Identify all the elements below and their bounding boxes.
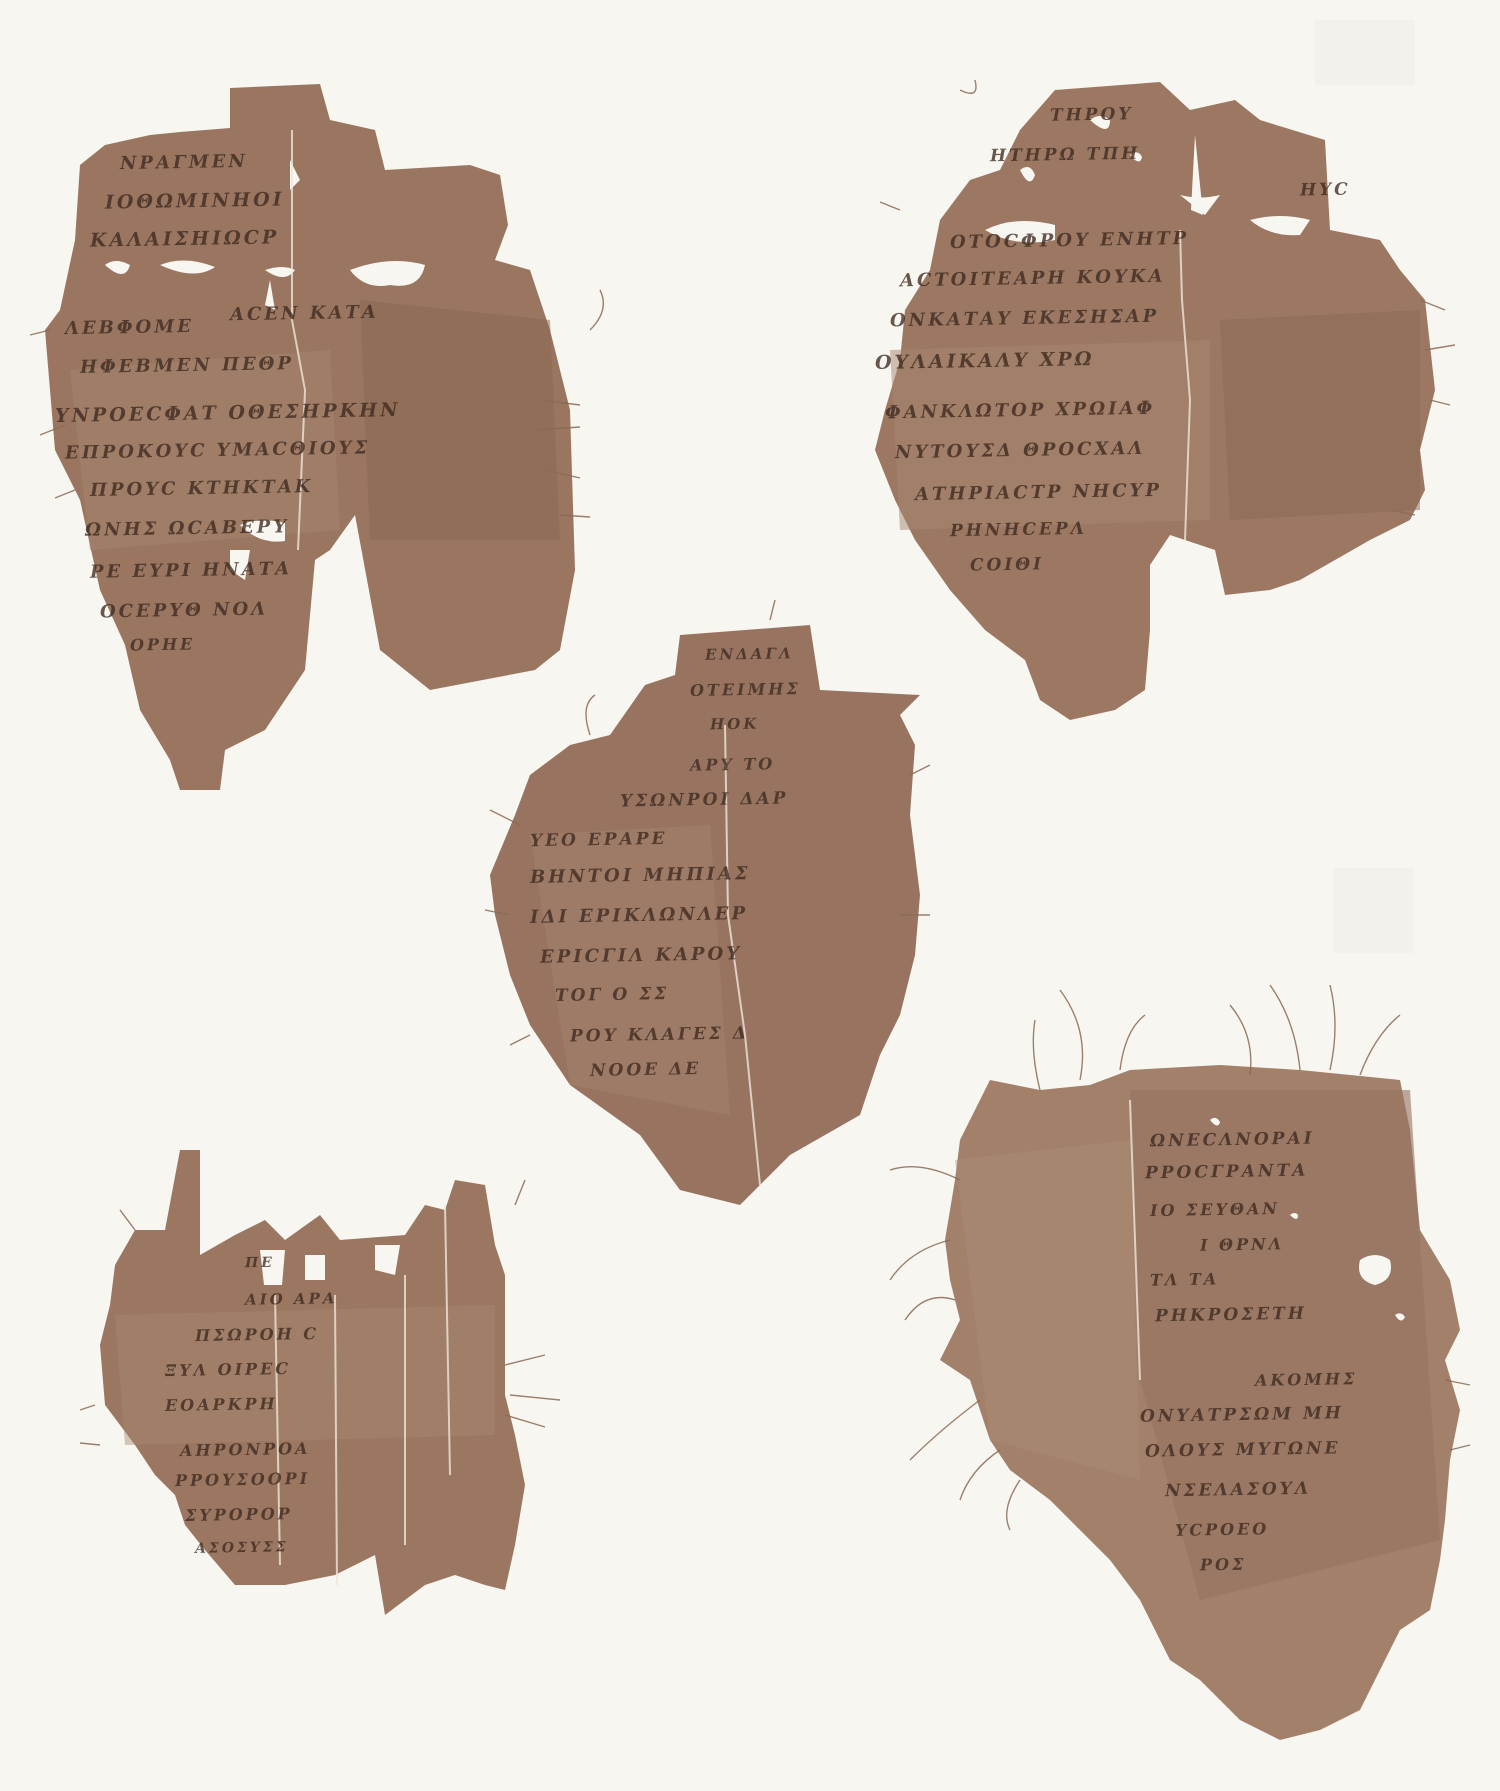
papyrus-fragment-bottom-right: ΩΝΕCΛΝΟΡΑΙ ΡΡΟCΓΡΑΝΤΑ ΙΟ ΣΕΥΘΑΝ Ι ΘΡΝΛ Τ… — [900, 980, 1480, 1780]
mount-artifact-right — [1333, 868, 1413, 953]
fragment-shape — [900, 980, 1480, 1780]
papyrus-fragment-bottom-left: ΠΕ ΑΙΟ ΑΡΑ ΠΣΩΡΟΗ C ΞΥΛ ΟΙΡΕC ΕΟΑΡΚΡΗ ΑΗ… — [85, 1145, 595, 1625]
fragment-shape — [85, 1145, 595, 1625]
fragment-shape — [470, 615, 940, 1195]
mounting-sheet: ΝΡΑΓΜΕΝ ΙΟΘΩΜΙΝΗΟΙ ΚΑΛΑΙΣΗΙΩCΡ ΑCΕΝ ΚΑΤΑ… — [0, 0, 1500, 1791]
papyrus-fragment-top-right: ΤΗΡΟΥ ΗΤΗΡΩ ΤΠΗ ΗΥC ΟΤΟCΦΡΟΥ ΕΝΗΤΡ ΑCΤΟΙ… — [860, 70, 1440, 770]
papyrus-fragment-center: ΕΝΔΑΓΛ ΟΤΕΙΜΗΣ ΗΟΚ ΑΡΥ ΤΟ ΥΣΩΝΡΟΙ ΔΑΡ ΥΕ… — [470, 615, 940, 1195]
fragment-shape — [860, 70, 1440, 770]
